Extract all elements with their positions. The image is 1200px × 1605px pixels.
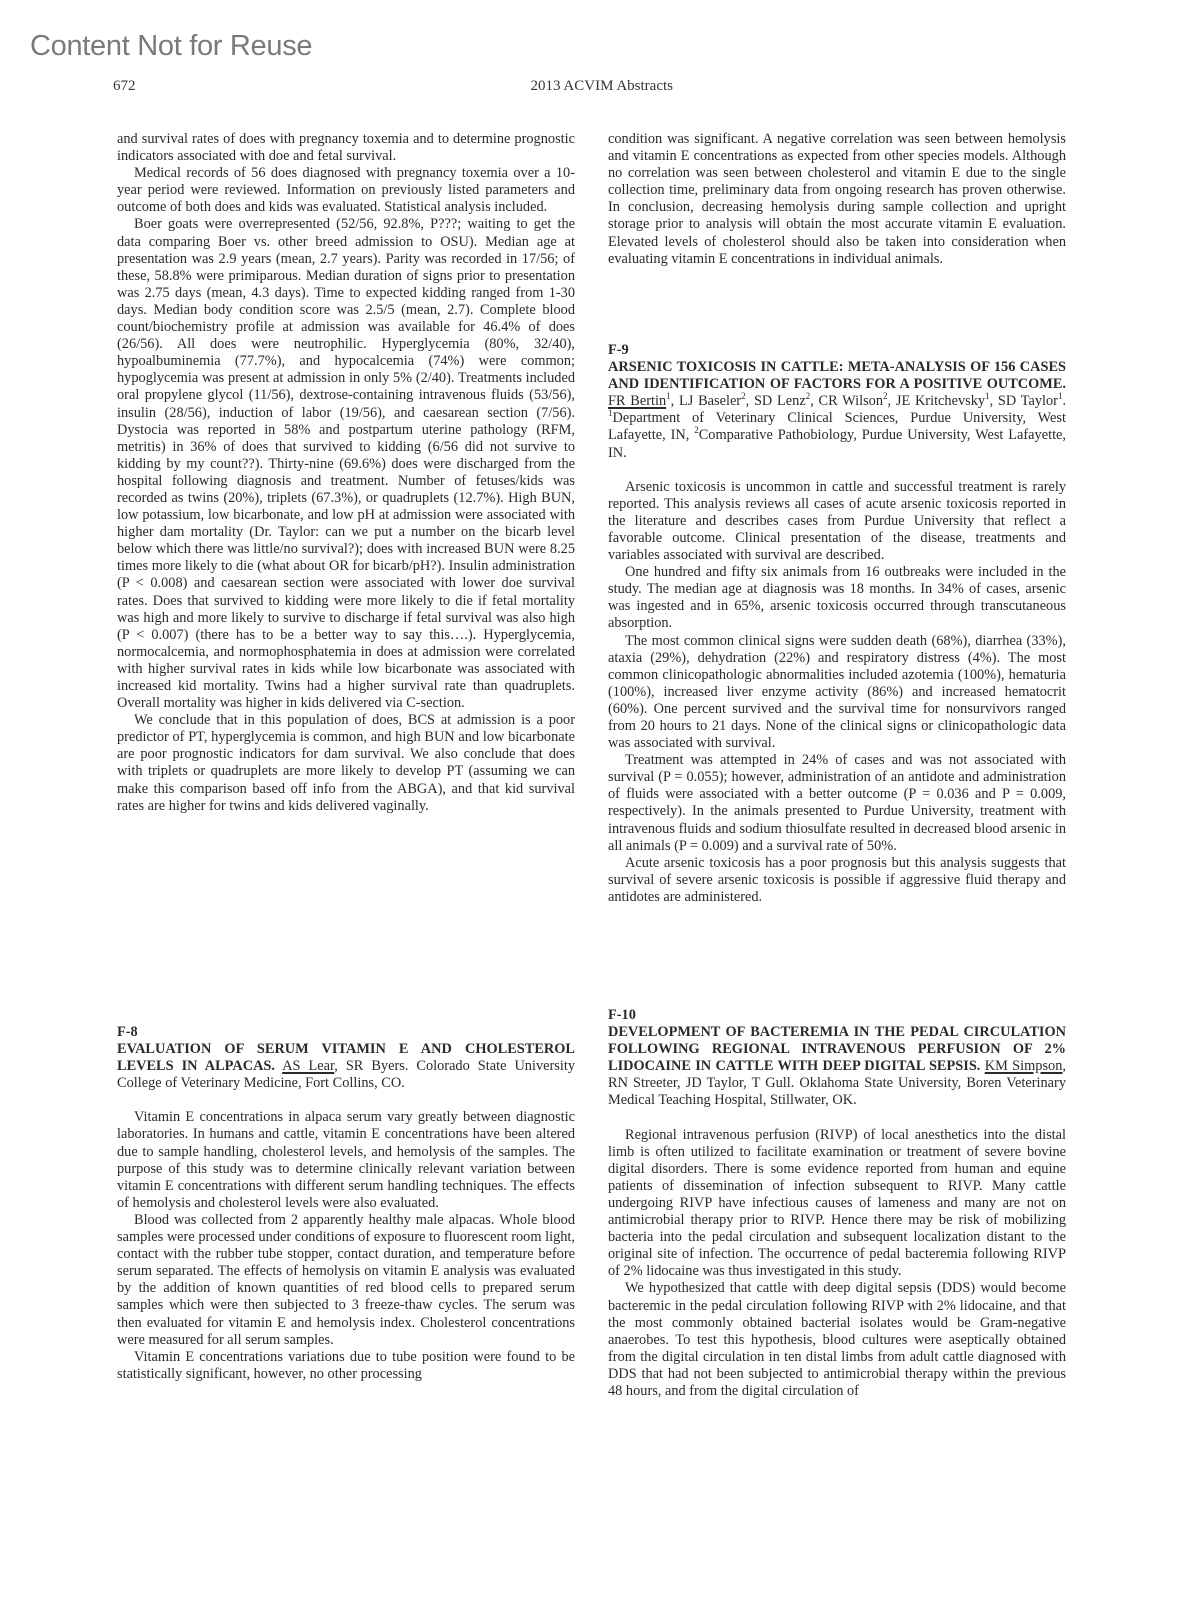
paragraph: Medical records of 56 does diagnosed wit… [117, 165, 575, 216]
affiliation-marker: 2 [806, 392, 811, 402]
left-column: and survival rates of does with pregnanc… [117, 131, 575, 815]
presenting-author: KM Simpson [985, 1058, 1063, 1074]
affiliation-marker: 2 [883, 392, 888, 402]
presenting-author: AS Lear [282, 1058, 334, 1074]
paragraph: Boer goats were overrepresented (52/56, … [117, 216, 575, 712]
paragraph: We hypothesized that cattle with deep di… [608, 1280, 1066, 1400]
paragraph: Acute arsenic toxicosis has a poor progn… [608, 855, 1066, 906]
page-number: 672 [113, 78, 136, 95]
watermark: Content Not for Reuse [30, 30, 312, 63]
affiliation-marker: 1 [1058, 392, 1063, 402]
abstract-id: F-8 [117, 1024, 575, 1041]
author: CR Wilson [819, 393, 883, 409]
author: LJ Baseler [679, 393, 741, 409]
right-column: condition was significant. A negative co… [608, 131, 1066, 268]
abstract-id: F-9 [608, 342, 1066, 359]
author: JE Kritchevsky [896, 393, 985, 409]
abstract-title-block: EVALUATION OF SERUM VITAMIN E AND CHOLES… [117, 1041, 575, 1092]
affiliation-marker: 2 [741, 392, 746, 402]
paragraph: Arsenic toxicosis is uncommon in cattle … [608, 479, 1066, 564]
author: SD Lenz [754, 393, 806, 409]
paragraph: Treatment was attempted in 24% of cases … [608, 752, 1066, 855]
abstract-f9: F-9 ARSENIC TOXICOSIS IN CATTLE: META-AN… [608, 342, 1066, 906]
abstract-id: F-10 [608, 1007, 1066, 1024]
abstract-title-block: DEVELOPMENT OF BACTEREMIA IN THE PEDAL C… [608, 1024, 1066, 1109]
paragraph: Vitamin E concentrations variations due … [117, 1349, 575, 1383]
affiliation-marker: 1 [666, 392, 671, 402]
abstract-title-block: ARSENIC TOXICOSIS IN CATTLE: META-ANALYS… [608, 359, 1066, 462]
author: SD Taylor [998, 393, 1058, 409]
paragraph: We conclude that in this population of d… [117, 712, 575, 815]
paragraph: Blood was collected from 2 apparently he… [117, 1212, 575, 1349]
presenting-author: FR Bertin [608, 393, 666, 409]
affiliation-marker: 1 [985, 392, 990, 402]
abstract-header: F-9 ARSENIC TOXICOSIS IN CATTLE: META-AN… [608, 342, 1066, 462]
paragraph: The most common clinical signs were sudd… [608, 633, 1066, 753]
abstract-header: F-10 DEVELOPMENT OF BACTEREMIA IN THE PE… [608, 1007, 1066, 1110]
abstract-f8: F-8 EVALUATION OF SERUM VITAMIN E AND CH… [117, 1024, 575, 1383]
paragraph: Vitamin E concentrations in alpaca serum… [117, 1109, 575, 1212]
abstract-title: ARSENIC TOXICOSIS IN CATTLE: META-ANALYS… [608, 359, 1066, 392]
abstract-f10: F-10 DEVELOPMENT OF BACTEREMIA IN THE PE… [608, 1007, 1066, 1400]
continued-abstract: and survival rates of does with pregnanc… [117, 131, 575, 815]
running-header: 672 2013 ACVIM Abstracts [113, 78, 673, 98]
abstract-header: F-8 EVALUATION OF SERUM VITAMIN E AND CH… [117, 1024, 575, 1092]
journal-title: 2013 ACVIM Abstracts [531, 78, 674, 95]
paragraph: and survival rates of does with pregnanc… [117, 131, 575, 165]
paragraph: Regional intravenous perfusion (RIVP) of… [608, 1127, 1066, 1281]
paragraph: One hundred and fifty six animals from 1… [608, 564, 1066, 632]
paragraph: condition was significant. A negative co… [608, 131, 1066, 268]
